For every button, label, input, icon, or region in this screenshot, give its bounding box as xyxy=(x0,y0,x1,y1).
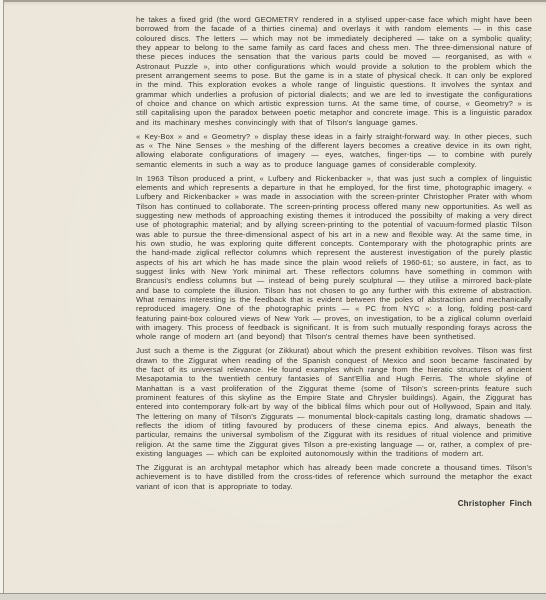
paragraph-1: he takes a fixed grid (the word GEOMETRY… xyxy=(136,15,532,127)
page-edge-bottom xyxy=(0,593,546,600)
paragraph-4: Just such a theme is the Ziggurat (or Zi… xyxy=(136,346,532,458)
paragraph-2: « Key-Box » and « Geometry? » display th… xyxy=(136,132,532,169)
paragraph-5: The Ziggurat is an archtypal metaphor wh… xyxy=(136,463,532,491)
page-edge-top xyxy=(0,0,546,2)
author-signature: Christopher Finch xyxy=(136,499,532,508)
article-text: he takes a fixed grid (the word GEOMETRY… xyxy=(136,15,532,508)
paragraph-3: In 1963 Tilson produced a print, « Lufbe… xyxy=(136,174,532,342)
book-page: he takes a fixed grid (the word GEOMETRY… xyxy=(0,0,546,600)
page-edge-left xyxy=(0,0,4,600)
